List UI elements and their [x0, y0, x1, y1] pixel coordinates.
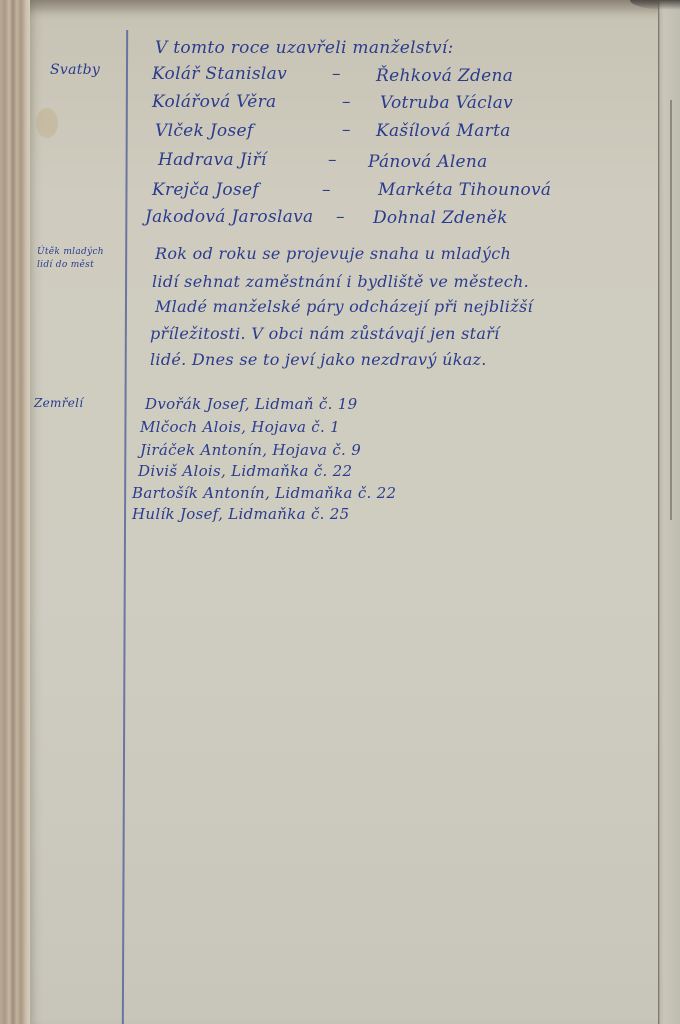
death-entry: Dvořák Josef, Lidmaň č. 19	[145, 395, 357, 413]
death-entry: Mlčoch Alois, Hojava č. 1	[140, 418, 340, 436]
death-entry: Bartošík Antonín, Lidmaňka č. 22	[132, 484, 396, 502]
margin-label-migration: Útěk mladých lidí do měst	[37, 246, 117, 272]
couple-separator: –	[342, 92, 351, 112]
bride-name: Votruba Václav	[380, 93, 513, 113]
next-page-line	[670, 100, 672, 520]
margin-label-deaths: Zemřelí	[34, 396, 83, 410]
bride-name: Dohnal Zdeněk	[373, 208, 508, 228]
couple-separator: –	[336, 207, 345, 227]
bride-name: Pánová Alena	[368, 152, 488, 172]
next-page-edge	[658, 0, 680, 1024]
bride-name: Markéta Tihounová	[378, 180, 551, 200]
paragraph-line: lidé. Dnes se to jeví jako nezdravý úkaz…	[150, 350, 487, 369]
groom-name: Kolářová Věra	[152, 92, 277, 112]
couple-separator: –	[322, 180, 331, 200]
book-spine	[0, 0, 30, 1024]
paragraph-line: příležitosti. V obci nám zůstávají jen s…	[150, 324, 500, 343]
weddings-intro: V tomto roce uzavřeli manželství:	[155, 38, 454, 58]
groom-name: Hadrava Jiří	[158, 150, 267, 170]
death-entry: Diviš Alois, Lidmaňka č. 22	[138, 462, 352, 480]
groom-name: Krejča Josef	[152, 180, 259, 200]
groom-name: Jakodová Jaroslava	[145, 207, 314, 227]
couple-separator: –	[332, 64, 341, 84]
page-top-shadow	[30, 0, 660, 14]
paragraph-line: lidí sehnat zaměstnání i bydliště ve měs…	[152, 272, 529, 291]
death-entry: Hulík Josef, Lidmaňka č. 25	[132, 505, 349, 523]
margin-label-weddings: Svatby	[50, 62, 100, 78]
death-entry: Jiráček Antonín, Hojava č. 9	[140, 441, 361, 459]
couple-separator: –	[328, 150, 337, 170]
paragraph-line: Rok od roku se projevuje snaha u mladých	[155, 244, 511, 263]
bride-name: Kašílová Marta	[376, 121, 511, 141]
paragraph-line: Mladé manželské páry odcházejí při nejbl…	[155, 297, 533, 316]
groom-name: Kolář Stanislav	[152, 64, 287, 84]
paper-stain	[36, 108, 58, 138]
bride-name: Řehková Zdena	[376, 66, 513, 86]
groom-name: Vlček Josef	[155, 121, 253, 141]
couple-separator: –	[342, 120, 351, 140]
